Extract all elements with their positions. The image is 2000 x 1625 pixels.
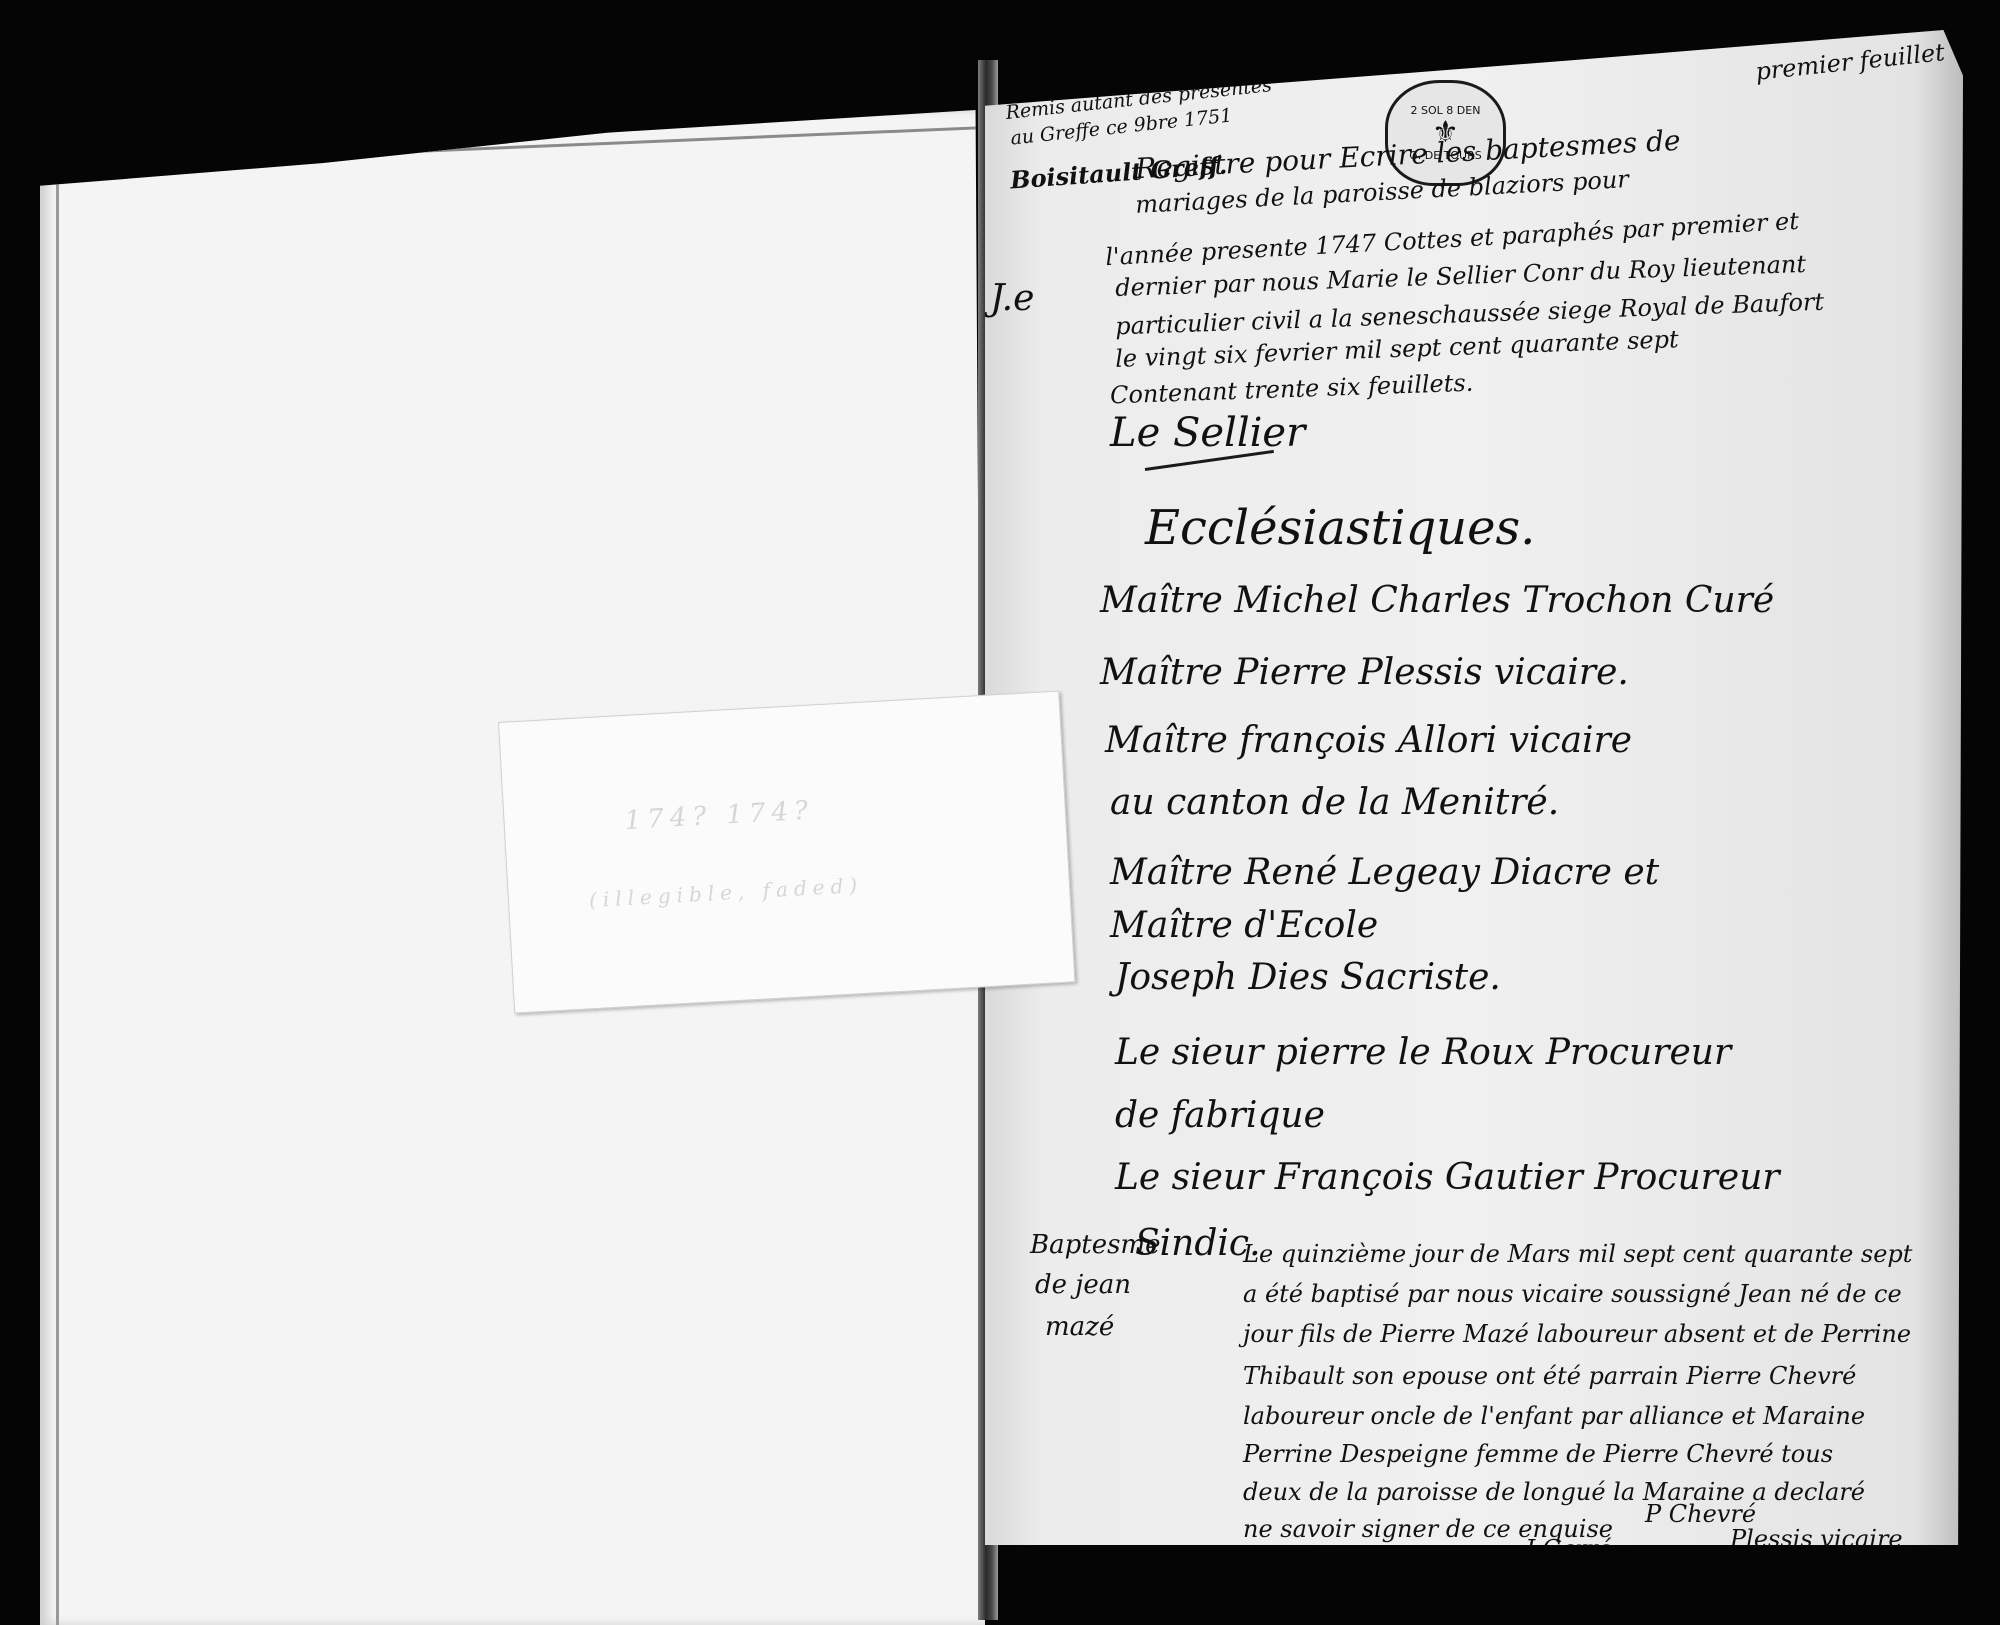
- signature: Plessis vicaire: [1730, 1525, 1903, 1553]
- entry-line: Thibault son epouse ont été parrain Pier…: [1243, 1362, 1856, 1390]
- inserted-paper-slip: 174? 174? (illegible, faded): [498, 691, 1075, 1014]
- entry-line: Le quinzième jour de Mars mil sept cent …: [1243, 1240, 1912, 1268]
- folio-header: premier feuillet: [1754, 38, 1946, 86]
- clergy-item: Maître d'Ecole: [1110, 905, 1378, 946]
- clergy-item: de fabrique: [1115, 1095, 1325, 1136]
- page-edge: [56, 126, 984, 168]
- entry-line: jour fils de Pierre Mazé laboureur absen…: [1243, 1320, 1911, 1348]
- page-fold-line: [56, 180, 59, 1625]
- entry-margin-title-1: Baptesme: [1030, 1230, 1160, 1260]
- slip-faint-text: 174? 174?: [624, 796, 815, 837]
- entry-line: deux de la paroisse de longué la Maraine…: [1243, 1478, 1865, 1506]
- entry-line: laboureur oncle de l'enfant par alliance…: [1243, 1402, 1865, 1430]
- clergy-item: Maître Pierre Plessis vicaire.: [1100, 652, 1629, 693]
- officer-signature: Le Sellier: [1110, 410, 1305, 456]
- signature: Christophe Gudoiet: [1225, 1545, 1413, 1567]
- clergy-item: Le sieur pierre le Roux Procureur: [1115, 1032, 1731, 1073]
- clergy-item: Maître René Legeay Diacre et: [1110, 852, 1659, 893]
- slip-faint-text-2: (illegible, faded): [588, 873, 863, 912]
- header-line-7: Contenant trente six feuillets.: [1110, 369, 1474, 410]
- clergy-item: Maître Michel Charles Trochon Curé: [1100, 580, 1774, 621]
- right-page-register: premier feuillet Remis autant des presen…: [985, 30, 1963, 1545]
- entry-line: Perrine Despeigne femme de Pierre Chevré…: [1243, 1440, 1833, 1468]
- signature: P Chevré: [1645, 1500, 1756, 1528]
- margin-mark: J.e: [990, 278, 1034, 319]
- entry-margin-title-3: mazé: [1045, 1312, 1114, 1342]
- clergy-item: au canton de la Menitré.: [1110, 782, 1559, 823]
- entry-margin-title-2: de jean: [1035, 1270, 1131, 1300]
- clergy-item: Le sieur François Gautier Procureur: [1115, 1157, 1780, 1198]
- section-title: Ecclésiastiques.: [1145, 500, 1535, 556]
- signature: J Carré: [1525, 1535, 1612, 1563]
- clergy-item: Joseph Dies Sacriste.: [1115, 957, 1501, 998]
- entry-line: a été baptisé par nous vicaire soussigné…: [1243, 1280, 1902, 1308]
- clergy-item: Maître françois Allori vicaire: [1105, 720, 1632, 761]
- signature: a hyrault: [1243, 1575, 1330, 1597]
